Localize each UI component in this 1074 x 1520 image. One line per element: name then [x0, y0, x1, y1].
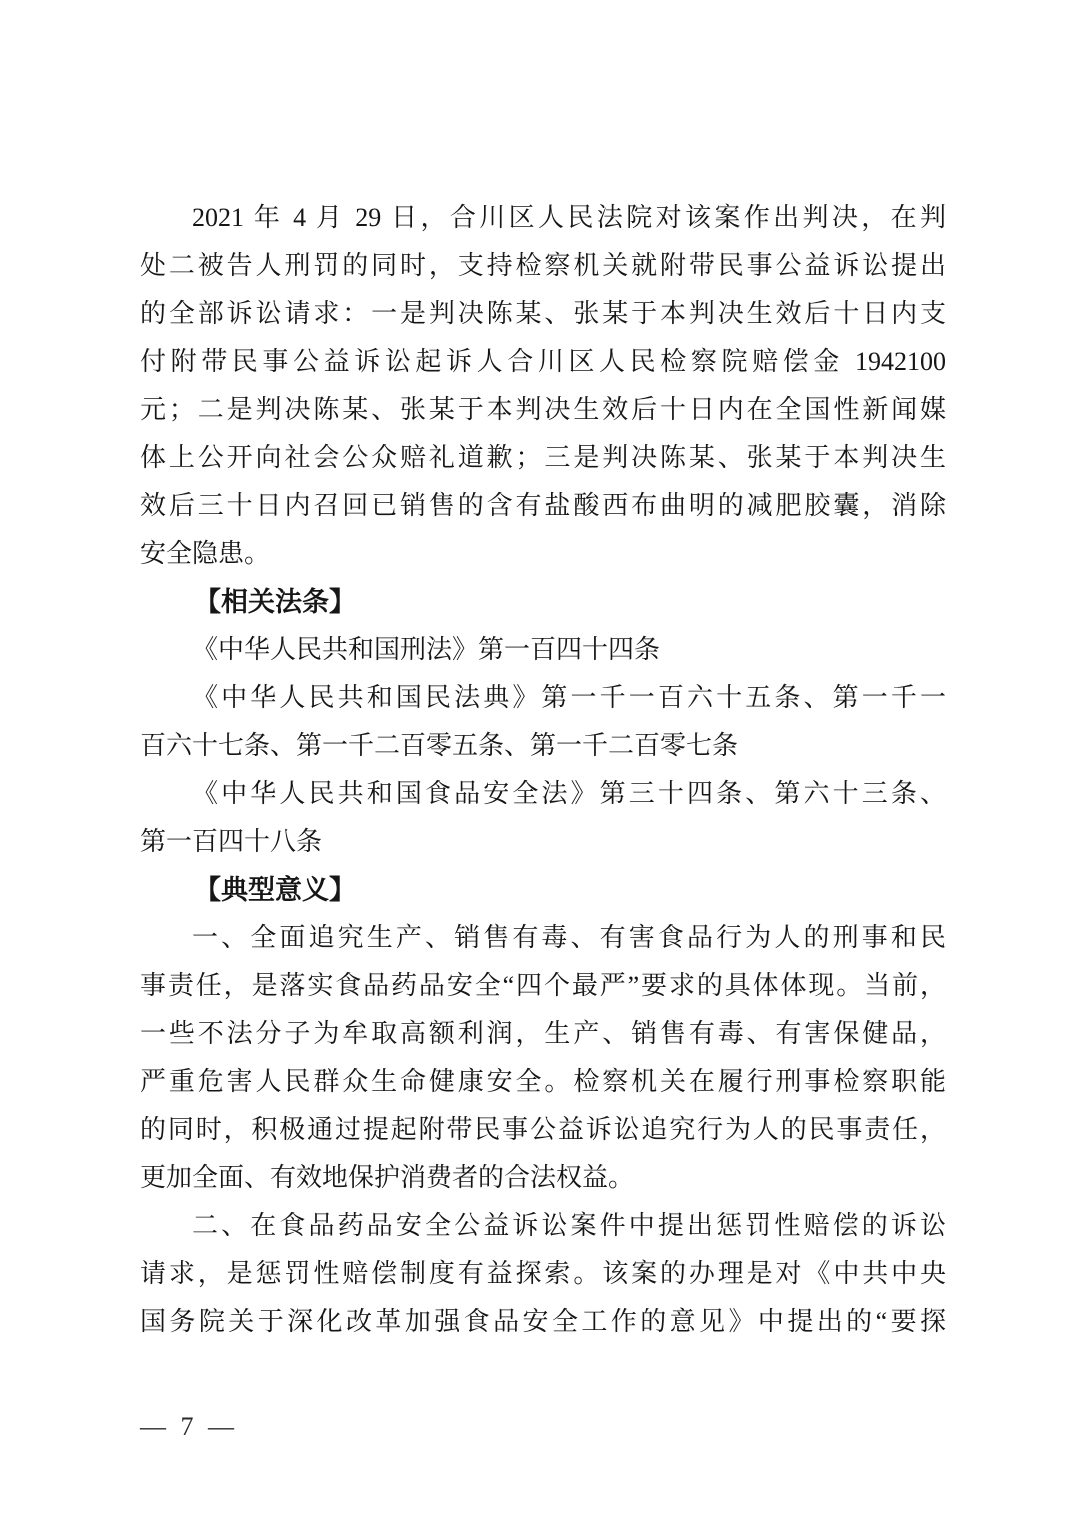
text-line: 安全隐患。 — [140, 530, 946, 578]
page-number: — 7 — — [140, 1403, 238, 1451]
text-line: 的同时，积极通过提起附带民事公益诉讼追究行为人的民事责任， — [140, 1106, 946, 1154]
text-line: 二、在食品药品安全公益诉讼案件中提出惩罚性赔偿的诉讼 — [140, 1202, 946, 1250]
text-line: 请求，是惩罚性赔偿制度有益探索。该案的办理是对《中共中央 — [140, 1250, 946, 1298]
text-line: 《中华人民共和国民法典》第一千一百六十五条、第一千一 — [140, 674, 946, 722]
text-line: 事责任，是落实食品药品安全“四个最严”要求的具体体现。当前， — [140, 962, 946, 1010]
text-line: 2021 年 4 月 29 日，合川区人民法院对该案作出判决，在判 — [140, 194, 946, 242]
text-line: 元；二是判决陈某、张某于本判决生效后十日内在全国性新闻媒 — [140, 386, 946, 434]
document-page: 2021 年 4 月 29 日，合川区人民法院对该案作出判决，在判 处二被告人刑… — [0, 0, 1074, 1520]
heading-related-laws: 【相关法条】 — [140, 578, 946, 626]
text-line: 国务院关于深化改革加强食品安全工作的意见》中提出的“要探 — [140, 1298, 946, 1346]
text-line: 《中华人民共和国刑法》第一百四十四条 — [140, 626, 946, 674]
text-line: 一、全面追究生产、销售有毒、有害食品行为人的刑事和民 — [140, 914, 946, 962]
text-line: 百六十七条、第一千二百零五条、第一千二百零七条 — [140, 722, 946, 770]
text-line: 处二被告人刑罚的同时，支持检察机关就附带民事公益诉讼提出 — [140, 242, 946, 290]
text-line: 付附带民事公益诉讼起诉人合川区人民检察院赔偿金 1942100 — [140, 338, 946, 386]
text-line: 更加全面、有效地保护消费者的合法权益。 — [140, 1154, 946, 1202]
text-line: 体上公开向社会公众赔礼道歉；三是判决陈某、张某于本判决生 — [140, 434, 946, 482]
heading-typical-significance: 【典型意义】 — [140, 866, 946, 914]
text-line: 一些不法分子为牟取高额利润，生产、销售有毒、有害保健品， — [140, 1010, 946, 1058]
text-line: 第一百四十八条 — [140, 818, 946, 866]
text-line: 严重危害人民群众生命健康安全。检察机关在履行刑事检察职能 — [140, 1058, 946, 1106]
document-text-block: 2021 年 4 月 29 日，合川区人民法院对该案作出判决，在判 处二被告人刑… — [140, 194, 946, 1346]
text-line: 效后三十日内召回已销售的含有盐酸西布曲明的减肥胶囊，消除 — [140, 482, 946, 530]
text-line: 的全部诉讼请求：一是判决陈某、张某于本判决生效后十日内支 — [140, 290, 946, 338]
text-line: 《中华人民共和国食品安全法》第三十四条、第六十三条、 — [140, 770, 946, 818]
